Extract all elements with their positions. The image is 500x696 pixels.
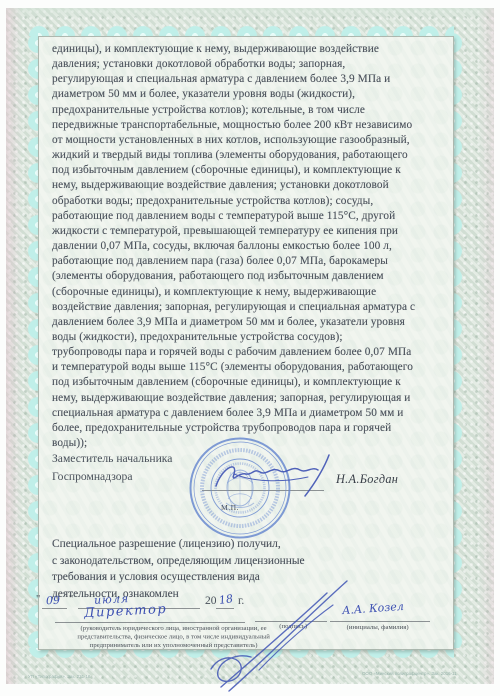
- license-scope-text: единицы), и комплектующие к нему, выдерж…: [52, 42, 415, 451]
- border-scallops-right: [452, 30, 472, 648]
- signatory-name: Н.А.Богдан: [336, 472, 398, 487]
- microprint-left: УП «Типография». Зак. 231-16: [28, 674, 90, 679]
- border-scallops-left: [18, 30, 38, 648]
- day-underline: [42, 608, 67, 609]
- date-open-quote: ": [36, 594, 40, 605]
- scanned-license-page: единицы), и комплектующие к нему, выдерж…: [0, 0, 500, 696]
- grantee-signature-flourish: [195, 575, 360, 693]
- date-close-quote: ": [69, 594, 73, 605]
- signatory-signature: [208, 452, 343, 500]
- microprint-right: ООО «Минский полиграфцентр». Зак. 2016-1…: [362, 671, 457, 676]
- handwritten-day: 09: [46, 594, 60, 607]
- border-scallops-top: [26, 16, 454, 36]
- signatory-title: Заместитель начальника Госпромнадзора: [52, 450, 172, 486]
